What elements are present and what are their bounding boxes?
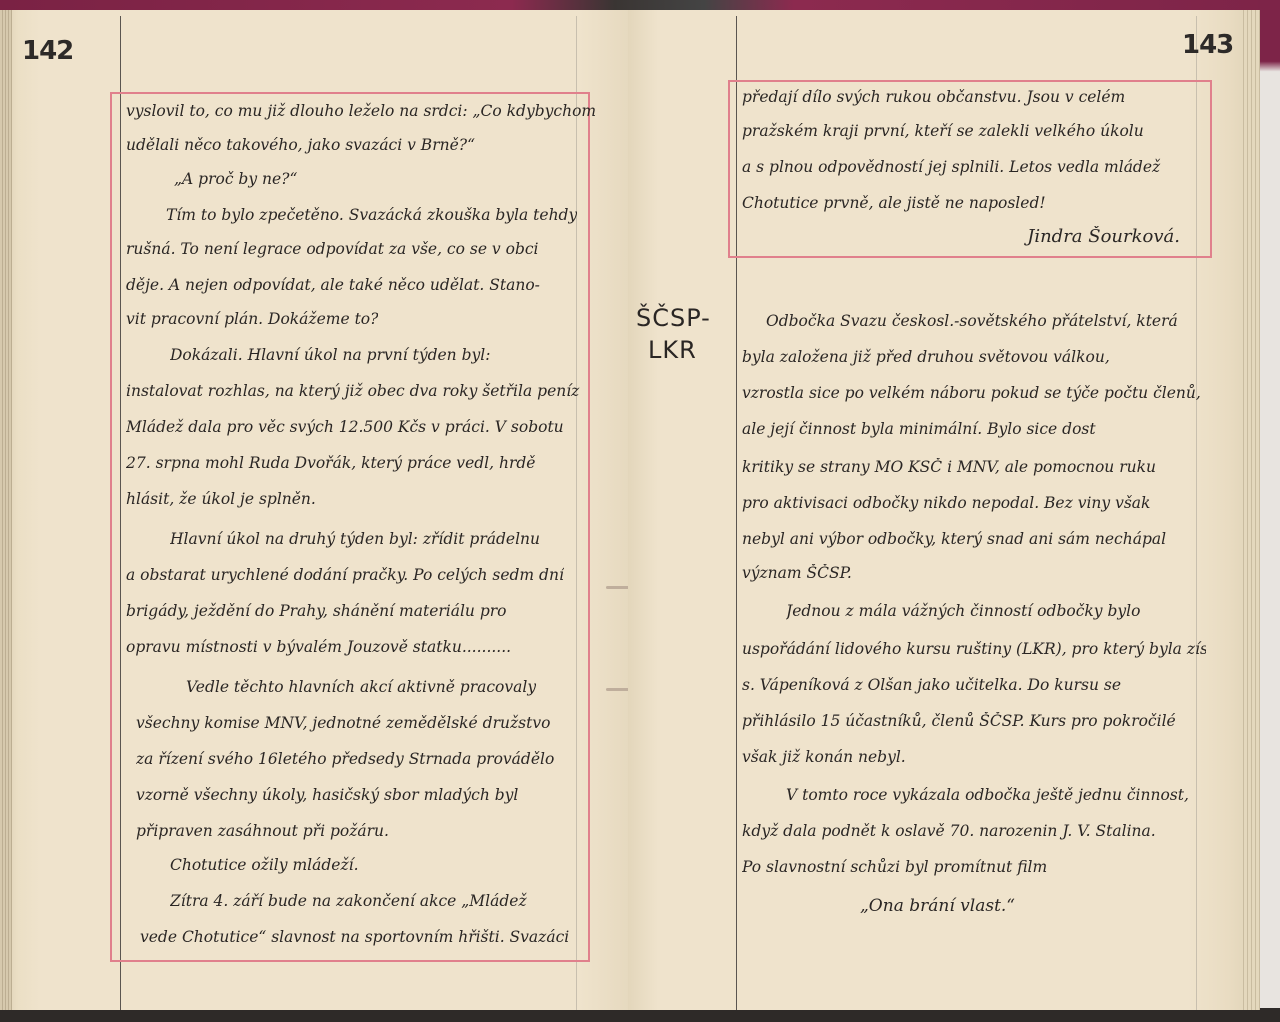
text-line: Po slavnostní schůzi byl promítnut film [742, 858, 1047, 876]
text-line: kritiky se strany MO KSČ i MNV, ale pomo… [742, 458, 1156, 476]
text-line: předají dílo svých rukou občanstvu. Jsou… [742, 88, 1125, 106]
text-line: Jednou z mála vážných činností odbočky b… [786, 602, 1140, 620]
text-line: uspořádání lidového kursu ruštiny (LKR),… [742, 640, 1206, 658]
text-line: význam ŠČSP. [742, 564, 852, 582]
text-line: pražském kraji první, kteří se zalekli v… [742, 122, 1202, 140]
text-line: V tomto roce vykázala odbočka ještě jedn… [786, 786, 1189, 804]
text-line: Vedle těchto hlavních akcí aktivně praco… [186, 678, 536, 696]
text-line: a s plnou odpovědností jej splnili. Leto… [742, 158, 1202, 176]
book-cover-right [1258, 0, 1280, 1022]
text-line: Odbočka Svazu českosl.-sovětského přátel… [766, 312, 1178, 330]
text-line: s. Vápeníková z Olšan jako učitelka. Do … [742, 676, 1121, 694]
text-line: když dala podnět k oslavě 70. narozenin … [742, 822, 1206, 840]
text-line: vzrostla sice po velkém náboru pokud se … [742, 384, 1206, 402]
text-line: Tím to bylo zpečetěno. Svazácká zkouška … [166, 206, 577, 224]
text-line: Mládež dala pro věc svých 12.500 Kčs v p… [126, 418, 564, 436]
left-page-edges [0, 10, 12, 1010]
margin-note-line: ŠČSP- [636, 302, 711, 334]
text-line: přihlásilo 15 účastníků, členů ŠČSP. Kur… [742, 712, 1206, 730]
margin-note: ŠČSP- LKR [636, 302, 711, 366]
text-line: vede Chotutice“ slavnost na sportovním h… [140, 928, 569, 946]
text-line: a obstarat urychlené dodání pračky. Po c… [126, 566, 564, 584]
text-line: rušná. To není legrace odpovídat za vše,… [126, 240, 539, 258]
book-cover-bottom [0, 1008, 1280, 1022]
text-line: Dokázali. Hlavní úkol na první týden byl… [170, 346, 490, 364]
page-number-left: 142 [22, 36, 73, 66]
text-line: pro aktivisaci odbočky nikdo nepodal. Be… [742, 494, 1150, 512]
text-line: hlásit, že úkol je splněn. [126, 490, 316, 508]
film-title: „Ona brání vlast.“ [860, 896, 1015, 916]
text-line: 27. srpna mohl Ruda Dvořák, který práce … [126, 454, 535, 472]
text-line: opravu místnosti v bývalém Jouzově statk… [126, 638, 511, 656]
text-line: udělali něco takového, jako svazáci v Br… [126, 136, 475, 154]
text-line: Chotutice ožily mládeží. [170, 856, 359, 874]
text-line: Zítra 4. září bude na zakončení akce „Ml… [170, 892, 527, 910]
text-line: vzorně všechny úkoly, hasičský sbor mlad… [136, 786, 518, 804]
margin-note-line: LKR [636, 334, 711, 366]
text-line: Hlavní úkol na druhý týden byl: zřídit p… [170, 530, 540, 548]
right-page-edges [1240, 10, 1260, 1010]
text-line: „A proč by ne?“ [174, 170, 297, 188]
text-line: však již konán nebyl. [742, 748, 906, 766]
text-line: připraven zasáhnout při požáru. [136, 822, 389, 840]
text-line: vit pracovní plán. Dokážeme to? [126, 310, 378, 328]
text-line: všechny komise MNV, jednotné zemědělské … [136, 714, 550, 732]
text-line: instalovat rozhlas, na který již obec dv… [126, 382, 580, 400]
text-line: vyslovil to, co mu již dlouho leželo na … [126, 102, 596, 120]
text-line: byla založena již před druhou světovou v… [742, 348, 1110, 366]
signature: Jindra Šourková. [980, 226, 1180, 247]
text-line: ale její činnost byla minimální. Bylo si… [742, 420, 1096, 438]
text-line: nebyl ani výbor odbočky, který snad ani … [742, 530, 1206, 548]
text-line: brigády, ježdění do Prahy, shánění mater… [126, 602, 507, 620]
text-line: Chotutice prvně, ale jistě ne naposled! [742, 194, 1046, 212]
page-number-right: 143 [1182, 30, 1233, 60]
text-line: za řízení svého 16letého předsedy Strnad… [136, 750, 554, 768]
text-line: děje. A nejen odpovídat, ale také něco u… [126, 276, 540, 294]
